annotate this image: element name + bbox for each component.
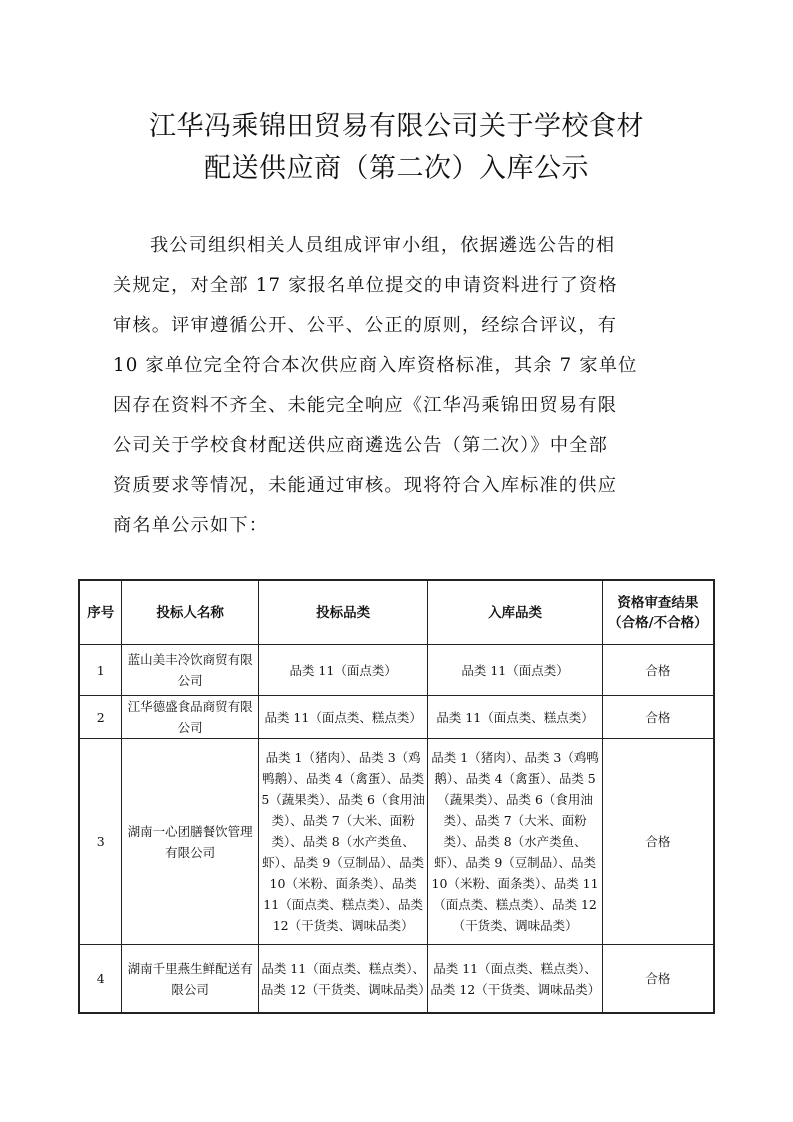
cell-name: 江华德盛食品商贸有限公司 <box>122 696 259 739</box>
cell-result: 合格 <box>602 739 714 945</box>
header-no: 序号 <box>79 580 122 645</box>
paragraph-line: 资质要求等情况，未能通过审核。现将符合入库标准的供应 <box>113 466 683 506</box>
cell-bid-category: 品类 11（面点类、糕点类） <box>258 696 427 739</box>
table-row: 2 江华德盛食品商贸有限公司 品类 11（面点类、糕点类） 品类 11（面点类、… <box>79 696 714 739</box>
paragraph-line: 公司关于学校食材配送供应商遴选公告（第二次）》中全部 <box>113 426 683 466</box>
cell-bid-category: 品类 11（面点类、糕点类）、品类 12（干货类、调味品类） <box>258 945 427 1014</box>
cell-stock-category: 品类 11（面点类、糕点类） <box>428 696 602 739</box>
intro-paragraph: 我公司组织相关人员组成评审小组，依据遴选公告的相 关规定，对全部 17 家报名单… <box>113 226 683 546</box>
header-stock-category: 入库品类 <box>428 580 602 645</box>
table-header-row: 序号 投标人名称 投标品类 入库品类 资格审查结果（合格/不合格） <box>79 580 714 645</box>
table-row: 4 湖南千里燕生鲜配送有限公司 品类 11（面点类、糕点类）、品类 12（干货类… <box>79 945 714 1014</box>
paragraph-line: 因存在资料不齐全、未能完全响应《江华冯乘锦田贸易有限 <box>113 386 683 426</box>
document-title-line-2: 配送供应商（第二次）入库公示 <box>0 146 793 185</box>
paragraph-line: 10 家单位完全符合本次供应商入库资格标准，其余 7 家单位 <box>113 346 683 386</box>
cell-no: 3 <box>79 739 122 945</box>
cell-name: 蓝山美丰冷饮商贸有限公司 <box>122 645 259 696</box>
cell-result: 合格 <box>602 945 714 1014</box>
cell-result: 合格 <box>602 696 714 739</box>
paragraph-line: 商名单公示如下： <box>113 506 683 546</box>
supplier-table: 序号 投标人名称 投标品类 入库品类 资格审查结果（合格/不合格） 1 蓝山美丰… <box>78 579 715 1014</box>
paragraph-line: 我公司组织相关人员组成评审小组，依据遴选公告的相 <box>113 226 683 266</box>
cell-stock-category: 品类 1（猪肉）、品类 3（鸡鸭鹅）、品类 4（禽蛋）、品类 5（蔬果类）、品类… <box>428 739 602 945</box>
cell-name: 湖南千里燕生鲜配送有限公司 <box>122 945 259 1014</box>
cell-stock-category: 品类 11（面点类、糕点类）、品类 12（干货类、调味品类） <box>428 945 602 1014</box>
header-bidder-name: 投标人名称 <box>122 580 259 645</box>
table-row: 1 蓝山美丰冷饮商贸有限公司 品类 11（面点类） 品类 11（面点类） 合格 <box>79 645 714 696</box>
cell-name: 湖南一心团膳餐饮管理有限公司 <box>122 739 259 945</box>
cell-result: 合格 <box>602 645 714 696</box>
header-bid-category: 投标品类 <box>258 580 427 645</box>
cell-no: 2 <box>79 696 122 739</box>
cell-bid-category: 品类 1（猪肉）、品类 3（鸡鸭鹅）、品类 4（禽蛋）、品类 5（蔬果类）、品类… <box>258 739 427 945</box>
cell-stock-category: 品类 11（面点类） <box>428 645 602 696</box>
paragraph-line: 审核。评审遵循公开、公平、公正的原则，经综合评议，有 <box>113 306 683 346</box>
header-review-result: 资格审查结果（合格/不合格） <box>602 580 714 645</box>
table-row: 3 湖南一心团膳餐饮管理有限公司 品类 1（猪肉）、品类 3（鸡鸭鹅）、品类 4… <box>79 739 714 945</box>
cell-bid-category: 品类 11（面点类） <box>258 645 427 696</box>
document-title-line-1: 江华冯乘锦田贸易有限公司关于学校食材 <box>0 104 793 143</box>
paragraph-line: 关规定，对全部 17 家报名单位提交的申请资料进行了资格 <box>113 266 683 306</box>
cell-no: 1 <box>79 645 122 696</box>
cell-no: 4 <box>79 945 122 1014</box>
